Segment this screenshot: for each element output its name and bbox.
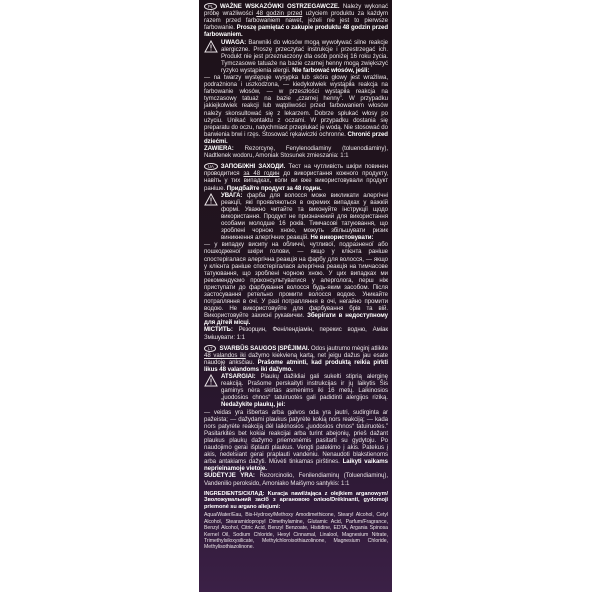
warning-triangle-icon	[204, 374, 218, 387]
lt-intro-underlined: 48 valandos iki	[204, 352, 246, 359]
pl-warn-text-2: — na twarzy występuje wysypka lub skóra …	[204, 74, 388, 138]
language-badge-lt: LT	[204, 345, 216, 352]
pl-contains-label: ZAWIERA:	[204, 145, 234, 152]
ua-warning: УВАГА: фарба для волосся може викликати …	[204, 192, 388, 242]
ua-warn-label: УВАГА:	[221, 192, 243, 199]
lt-title: SVARBŪS SAUGOS ĮSPĖJIMAI.	[219, 345, 309, 352]
ua-intro-underlined: за 48 годин	[243, 170, 279, 177]
pl-warn-bold: Nie farbować włosów, jeśli:	[292, 67, 369, 74]
warning-label-panel: PLWAŻNE WSKAZÓWKI OSTRZEGAWCZE. Należy w…	[199, 0, 392, 592]
ua-warn-text-2: — у випадку висипу на обличчі, чутливої,…	[204, 241, 388, 319]
pl-title: WAŻNE WSKAZÓWKI OSTRZEGAWCZE.	[220, 3, 340, 10]
pl-warning: UWAGA: Barwniki do włosów mogą wywoływać…	[204, 39, 388, 74]
ua-title: ЗАПОБІЖНІ ЗАХОДИ.	[221, 163, 286, 170]
lt-warn-label: ATSARGIAI:	[221, 373, 256, 380]
section-lt: LTSVARBŪS SAUGOS ĮSPĖJIMAI. Odos jautrum…	[204, 345, 388, 487]
lt-intro-text: Odos jautrumo mėginį atlikite	[309, 345, 388, 352]
ua-contains-label: МІСТИТЬ:	[204, 326, 233, 333]
lt-warning: ATSARGIAI: Plaukų dažikliai gali sukelti…	[204, 373, 388, 408]
warning-triangle-icon	[204, 193, 218, 206]
section-pl: PLWAŻNE WSKAZÓWKI OSTRZEGAWCZE. Należy w…	[204, 3, 388, 159]
ingredients-list: Aqua/Water/Eau, Bis-Hydroxy/Methoxy Amod…	[204, 512, 388, 550]
language-badge-pl: PL	[204, 3, 217, 10]
pl-intro-underlined: 48 godzin przed	[256, 10, 302, 17]
ua-warn-bold: Не використовувати:	[310, 234, 373, 241]
ua-intro-bold: Придбайте продукт за 48 годин.	[227, 185, 322, 192]
lt-warn-bold: Nedažykite plaukų, jei:	[221, 401, 285, 408]
section-ingredients: INGREDIENTS/СКЛАД: Kuracja nawilżająca z…	[204, 491, 388, 551]
language-badge-ua: UA	[204, 163, 218, 170]
section-ua: UAЗАПОБІЖНІ ЗАХОДИ. Тест на чутливість ш…	[204, 163, 388, 340]
lt-warn-text-2: — veidas yra išbertas arba galvos oda yr…	[204, 409, 388, 466]
pl-warn-label: UWAGA:	[221, 39, 246, 46]
lt-contains-label: SUDĖTYJE YRA:	[204, 472, 255, 479]
pl-intro: PLWAŻNE WSKAZÓWKI OSTRZEGAWCZE. Należy w…	[204, 3, 388, 39]
warning-triangle-icon	[204, 40, 218, 53]
ingredients-label: INGREDIENTS/СКЛАД:	[204, 491, 264, 497]
